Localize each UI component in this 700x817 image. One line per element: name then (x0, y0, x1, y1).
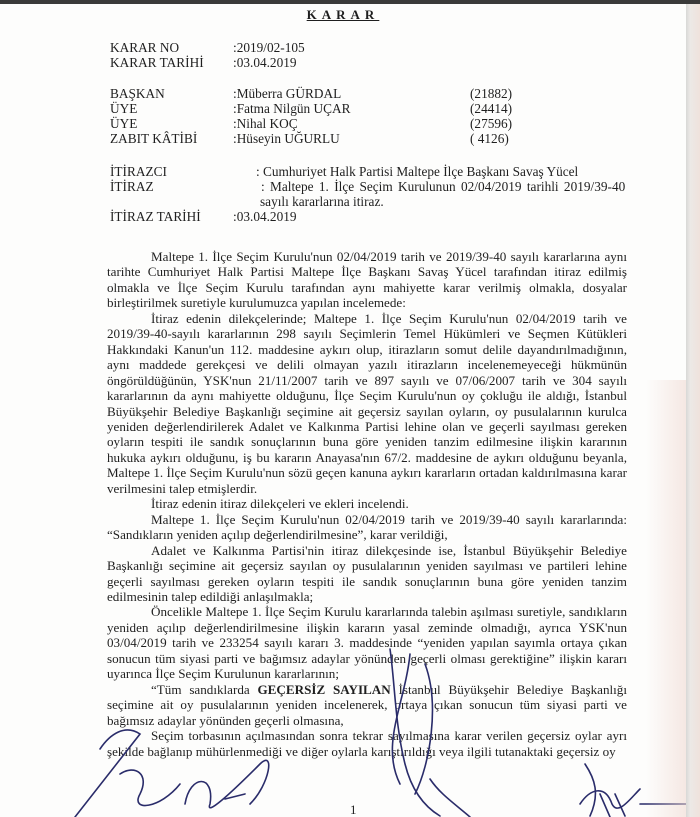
paragraph: Maltepe 1. İlçe Seçim Kurulu'nun 02/04/2… (107, 512, 627, 543)
member-role: ÜYE (110, 117, 137, 131)
quote-prefix: “Tüm sandıklarda (151, 682, 258, 697)
itiraz-value-line2: sayılı kararlarına itiraz. (260, 195, 384, 209)
itirazci-label: İTİRAZCI (110, 165, 167, 179)
itiraz-label: İTİRAZ (110, 180, 154, 194)
karar-no-value: :2019/02-105 (233, 41, 305, 55)
quote-emphasis: GEÇERSİZ SAYILAN (258, 682, 391, 697)
paragraph: Maltepe 1. İlçe Seçim Kurulu'nun 02/04/2… (107, 249, 627, 311)
paragraph: Seçim torbasının açılmasından sonra tekr… (107, 728, 627, 759)
karar-tarihi-value: :03.04.2019 (233, 56, 297, 70)
scan-shadow (646, 380, 686, 817)
member-id: ( 4126) (470, 132, 509, 146)
paragraph: Öncelikle Maltepe 1. İlçe Seçim Kurulu k… (107, 604, 627, 681)
itiraz-tarihi-label: İTİRAZ TARİHİ (110, 210, 201, 224)
page-number: 1 (350, 802, 357, 817)
itirazci-value: : Cumhuriyet Halk Partisi Maltepe İlçe B… (256, 165, 578, 179)
quoted-decision: “Tüm sandıklarda GEÇERSİZ SAYILAN İstanb… (107, 682, 627, 728)
paragraph: Adalet ve Kalkınma Partisi'nin itiraz di… (107, 543, 627, 605)
karar-tarihi-label: KARAR TARİHİ (110, 56, 204, 70)
itiraz-tarihi-value: :03.04.2019 (233, 210, 297, 224)
member-name: :Fatma Nilgün UÇAR (233, 102, 350, 116)
member-role: ÜYE (110, 102, 137, 116)
member-id: (21882) (470, 87, 512, 101)
page-edge (686, 4, 700, 817)
member-role: BAŞKAN (110, 87, 165, 101)
decision-body: Maltepe 1. İlçe Seçim Kurulu'nun 02/04/2… (107, 249, 627, 759)
karar-no-label: KARAR NO (110, 41, 179, 55)
member-id: (27596) (470, 117, 512, 131)
document-title: KARAR (0, 7, 686, 23)
member-role: ZABIT KÂTİBİ (110, 132, 197, 146)
document-page: KARAR KARAR NO :2019/02-105 KARAR TARİHİ… (0, 4, 686, 817)
itiraz-value: : Maltepe 1. İlçe Seçim Kurulunun 02/04/… (261, 180, 625, 194)
member-name: :Müberra GÜRDAL (233, 87, 341, 101)
paragraph: İtiraz edenin dilekçelerinde; Maltepe 1.… (107, 311, 627, 496)
member-id: (24414) (470, 102, 512, 116)
member-name: :Nihal KOÇ (233, 117, 298, 131)
paragraph: İtiraz edenin itiraz dilekçeleri ve ekle… (107, 496, 627, 511)
member-name: :Hüseyin UĞURLU (233, 132, 340, 146)
